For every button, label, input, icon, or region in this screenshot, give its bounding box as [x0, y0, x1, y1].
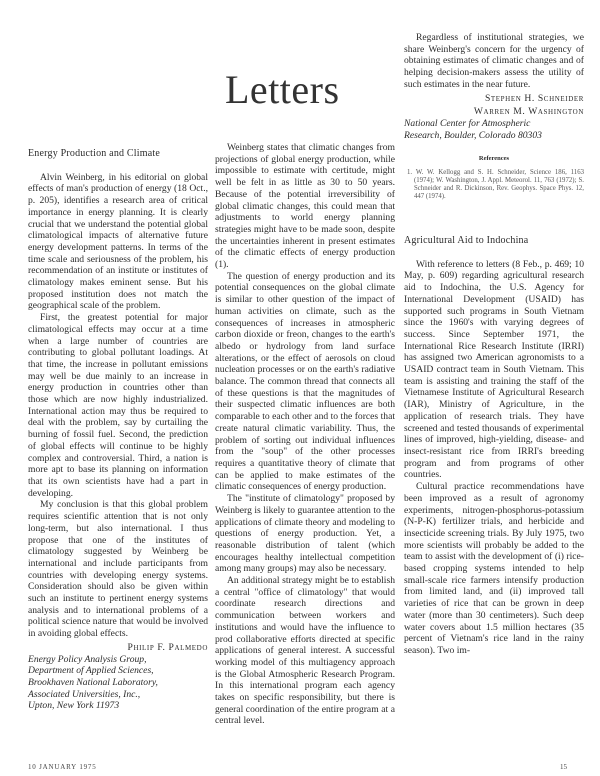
affiliation-line: Research, Boulder, Colorado 80303 — [404, 130, 584, 142]
column-2: Weinberg states that climatic changes fr… — [215, 142, 395, 727]
paragraph: The question of energy production and it… — [215, 271, 395, 493]
signature: Stephen H. Schneider — [404, 93, 584, 105]
paragraph: First, the greatest potential for major … — [28, 312, 208, 499]
paragraph: Weinberg states that climatic changes fr… — [215, 142, 395, 271]
paragraph: Regardless of institutional strategies, … — [404, 32, 584, 91]
column-3: Regardless of institutional strategies, … — [404, 2, 584, 657]
paragraph: With reference to letters (8 Feb., p. 46… — [404, 259, 584, 481]
reference-item: 1. W. W. Kellogg and S. H. Schneider, Sc… — [404, 169, 584, 201]
affiliation-line: Department of Applied Sciences, — [28, 665, 208, 677]
references-heading: References — [404, 153, 584, 165]
affiliation-line: Energy Policy Analysis Group, — [28, 654, 208, 666]
affiliation-line: Upton, New York 11973 — [28, 700, 208, 712]
signature: Philip F. Palmedo — [28, 642, 208, 654]
paragraph: Alvin Weinberg, in his editorial on glob… — [28, 172, 208, 312]
paragraph: My conclusion is that this global proble… — [28, 499, 208, 639]
footer-date: 10 JANUARY 1975 — [28, 763, 97, 771]
paragraph: An additional strategy might be to estab… — [215, 575, 395, 727]
paragraph: Cultural practice recommendations have b… — [404, 481, 584, 657]
affiliation-line: Brookhaven National Laboratory, — [28, 677, 208, 689]
affiliation-line: Associated Universities, Inc., — [28, 689, 208, 701]
signature: Warren M. Washington — [404, 106, 584, 118]
letter-heading-agricultural-aid: Agricultural Aid to Indochina — [404, 235, 584, 247]
page-number: 15 — [560, 763, 567, 771]
paragraph: The "institute of climatology" proposed … — [215, 493, 395, 575]
letter-heading-energy-climate: Energy Production and Climate — [28, 148, 208, 160]
page-title: Letters — [225, 66, 340, 113]
column-1: Energy Production and Climate Alvin Wein… — [28, 142, 208, 712]
affiliation-line: National Center for Atmospheric — [404, 118, 584, 130]
